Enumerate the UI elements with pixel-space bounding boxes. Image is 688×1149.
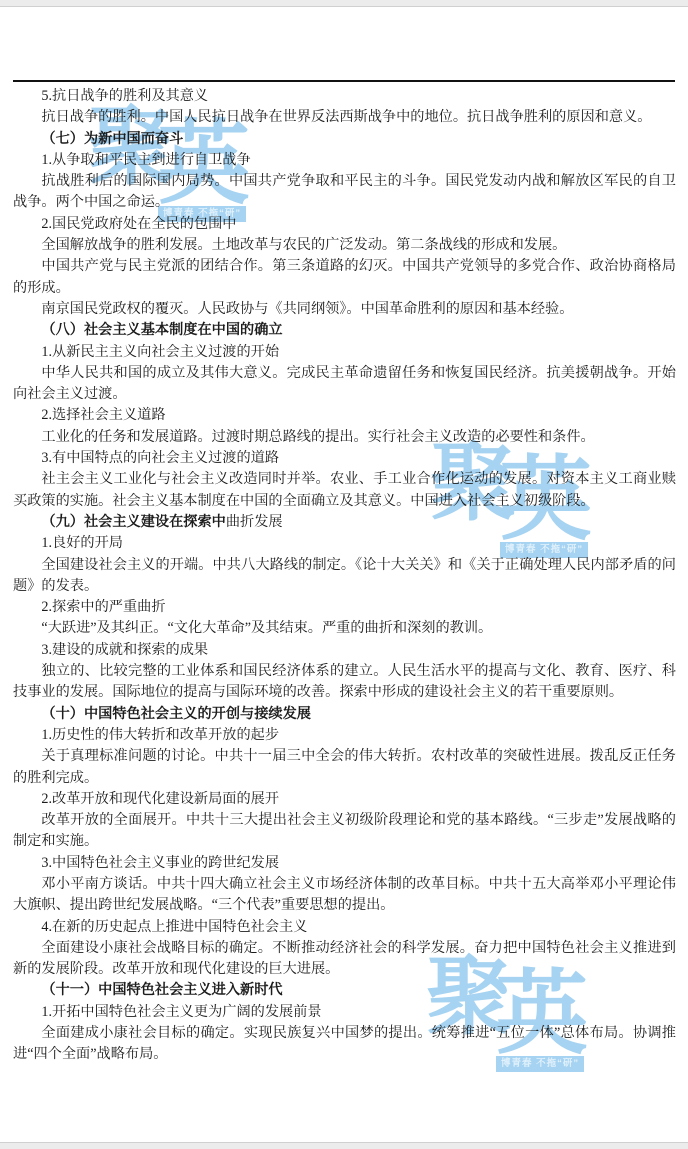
list-item-title: 1.开拓中国特色社会主义更为广阔的发展前景 — [13, 1002, 676, 1023]
text-segment: （十一）中国特色社会主义进入新时代 — [41, 982, 282, 998]
text-segment: （七）为新中国而奋斗 — [41, 131, 183, 147]
text-segment: 抗战胜利后的国际国内局势。中国共产党争取和平民主的斗争。国民党发动内战和解放区军… — [13, 173, 676, 210]
paragraph: “大跃进”及其纠正。“文化大革命”及其结束。严重的曲折和深刻的教训。 — [13, 618, 676, 639]
text-segment: 2.探索中的严重曲折 — [41, 599, 165, 615]
paragraph: 独立的、比较完整的工业体系和国民经济体系的建立。人民生活水平的提高与文化、教育、… — [13, 661, 676, 704]
text-segment: 工业化的任务和发展道路。过渡时期总路线的提出。实行社会主义改造的必要性和条件。 — [41, 429, 594, 445]
page-edge-top — [0, 0, 688, 7]
paragraph: 全国建设社会主义的开端。中共八大路线的制定。《论十大关关》和《关于正确处理人民内… — [13, 555, 676, 598]
paragraph: 工业化的任务和发展道路。过渡时期总路线的提出。实行社会主义改造的必要性和条件。 — [13, 427, 676, 448]
list-item-title: 5.抗日战争的胜利及其意义 — [13, 86, 676, 107]
header-rule — [13, 80, 675, 82]
list-item-title: 1.从争取和平民主到进行自卫战争 — [13, 150, 676, 171]
text-segment: 2.选择社会主义道路 — [41, 407, 165, 423]
paragraph: 抗战胜利后的国际国内局势。中国共产党争取和平民主的斗争。国民党发动内战和解放区军… — [13, 171, 676, 214]
text-segment: 1.历史性的伟大转折和改革开放的起步 — [41, 727, 279, 743]
text-segment: 全国建设社会主义的开端。中共八大路线的制定。《论十大关关》和《关于正确处理人民内… — [13, 557, 676, 594]
paragraph: 全面建设小康社会战略目标的确定。不断推动经济社会的科学发展。奋力把中国特色社会主… — [13, 938, 676, 981]
paragraph: 关于真理标准问题的讨论。中共十一届三中全会的伟大转折。农村改革的突破性进展。拨乱… — [13, 746, 676, 789]
paragraph: 中国共产党与民主党派的团结合作。第三条道路的幻灭。中国共产党领导的多党合作、政治… — [13, 256, 676, 299]
text-segment: 3.有中国特点的向社会主义过渡的道路 — [41, 450, 279, 466]
list-item-title: 3.有中国特点的向社会主义过渡的道路 — [13, 448, 676, 469]
text-segment: 全面建成小康社会目标的确定。实现民族复兴中国梦的提出。统筹推进“五位一体”总体布… — [13, 1025, 676, 1062]
text-segment: 5.抗日战争的胜利及其意义 — [41, 88, 208, 104]
paragraph: 全国解放战争的胜利发展。土地改革与农民的广泛发动。第二条战线的形成和发展。 — [13, 235, 676, 256]
section-heading: （十）中国特色社会主义的开创与接续发展 — [13, 704, 676, 725]
paragraph: 社主会主义工业化与社会主义改造同时并举。农业、手工业合作化运动的发展。对资本主义… — [13, 469, 676, 512]
paragraph: 改革开放的全面展开。中共十三大提出社会主义初级阶段理论和党的基本路线。“三步走”… — [13, 810, 676, 853]
text-segment: 关于真理标准问题的讨论。中共十一届三中全会的伟大转折。农村改革的突破性进展。拨乱… — [13, 748, 676, 785]
text-segment: 1.良好的开局 — [41, 535, 123, 551]
text-segment: 中国共产党与民主党派的团结合作。第三条道路的幻灭。中国共产党领导的多党合作、政治… — [13, 258, 676, 295]
text-segment: “大跃进”及其纠正。“文化大革命”及其结束。严重的曲折和深刻的教训。 — [41, 620, 492, 636]
list-item-title: 1.良好的开局 — [13, 533, 676, 554]
list-item-title: 2.国民党政府处在全民的包围中 — [13, 214, 676, 235]
text-segment: 社主会主义工业化与社会主义改造同时并举。农业、手工业合作化运动的发展。对资本主义… — [13, 471, 676, 508]
list-item-title: 3.建设的成就和探索的成果 — [13, 640, 676, 661]
text-segment: 独立的、比较完整的工业体系和国民经济体系的建立。人民生活水平的提高与文化、教育、… — [13, 663, 676, 700]
section-heading: （八）社会主义基本制度在中国的确立 — [13, 320, 676, 341]
paragraph: 抗日战争的胜利。中国人民抗日战争在世界反法西斯战争中的地位。抗日战争胜利的原因和… — [13, 107, 676, 128]
list-item-title: 3.中国特色社会主义事业的跨世纪发展 — [13, 853, 676, 874]
text-segment: 4.在新的历史起点上推进中国特色社会主义 — [41, 919, 307, 935]
paragraph: 全面建成小康社会目标的确定。实现民族复兴中国梦的提出。统筹推进“五位一体”总体布… — [13, 1023, 676, 1066]
list-item-title: 1.从新民主主义向社会主义过渡的开始 — [13, 342, 676, 363]
text-segment: 全面建设小康社会战略目标的确定。不断推动经济社会的科学发展。奋力把中国特色社会主… — [13, 940, 676, 977]
list-item-title: 1.历史性的伟大转折和改革开放的起步 — [13, 725, 676, 746]
text-segment: 全国解放战争的胜利发展。土地改革与农民的广泛发动。第二条战线的形成和发展。 — [41, 237, 566, 253]
text-segment: 曲折发展 — [226, 514, 283, 530]
text-segment: 3.建设的成就和探索的成果 — [41, 642, 208, 658]
list-item-title: 2.改革开放和现代化建设新局面的展开 — [13, 789, 676, 810]
text-segment: 1.从新民主主义向社会主义过渡的开始 — [41, 344, 279, 360]
text-segment: （八）社会主义基本制度在中国的确立 — [41, 322, 282, 338]
text-segment: 1.开拓中国特色社会主义更为广阔的发展前景 — [41, 1004, 321, 1020]
list-item-title: 2.探索中的严重曲折 — [13, 597, 676, 618]
section-heading: （十一）中国特色社会主义进入新时代 — [13, 980, 676, 1001]
section-heading: （九）社会主义建设在探索中曲折发展 — [13, 512, 676, 533]
text-segment: （十）中国特色社会主义的开创与接续发展 — [41, 706, 311, 722]
text-segment: 2.国民党政府处在全民的包围中 — [41, 216, 236, 232]
text-segment: 南京国民党政权的覆灭。人民政协与《共同纲领》。中国革命胜利的原因和基本经验。 — [41, 301, 573, 317]
text-segment: 抗日战争的胜利。中国人民抗日战争在世界反法西斯战争中的地位。抗日战争胜利的原因和… — [41, 109, 651, 125]
text-segment: 2.改革开放和现代化建设新局面的展开 — [41, 791, 279, 807]
text-segment: 3.中国特色社会主义事业的跨世纪发展 — [41, 855, 279, 871]
section-heading: （七）为新中国而奋斗 — [13, 129, 676, 150]
text-segment: 1.从争取和平民主到进行自卫战争 — [41, 152, 250, 168]
text-segment: 中华人民共和国的成立及其伟大意义。完成民主革命遗留任务和恢复国民经济。抗美援朝战… — [13, 365, 676, 402]
page-edge-bottom — [0, 1142, 688, 1149]
text-segment: 改革开放的全面展开。中共十三大提出社会主义初级阶段理论和党的基本路线。“三步走”… — [13, 812, 676, 849]
paragraph: 中华人民共和国的成立及其伟大意义。完成民主革命遗留任务和恢复国民经济。抗美援朝战… — [13, 363, 676, 406]
text-segment: 邓小平南方谈话。中共十四大确立社会主义市场经济体制的改革目标。中共十五大高举邓小… — [13, 876, 676, 913]
list-item-title: 2.选择社会主义道路 — [13, 405, 676, 426]
paragraph: 邓小平南方谈话。中共十四大确立社会主义市场经济体制的改革目标。中共十五大高举邓小… — [13, 874, 676, 917]
paragraph: 南京国民党政权的覆灭。人民政协与《共同纲领》。中国革命胜利的原因和基本经验。 — [13, 299, 676, 320]
document-body: 5.抗日战争的胜利及其意义抗日战争的胜利。中国人民抗日战争在世界反法西斯战争中的… — [13, 86, 676, 1066]
text-segment: （九）社会主义建设在探索中 — [41, 514, 225, 530]
list-item-title: 4.在新的历史起点上推进中国特色社会主义 — [13, 917, 676, 938]
